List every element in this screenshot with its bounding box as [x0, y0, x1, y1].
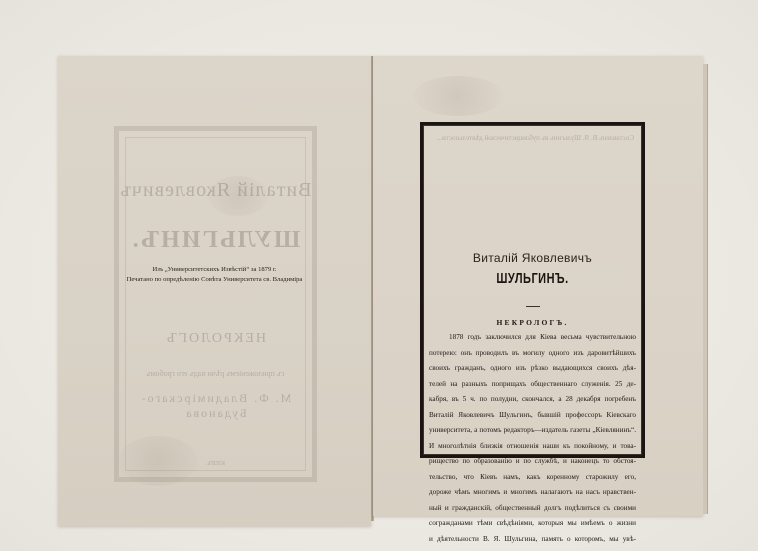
body-line: дороже чѣмъ многимъ и многимъ налагаютъ … [429, 485, 636, 501]
paper-stain [413, 76, 503, 116]
body-line: потерею: онъ проводилъ въ могилу одного … [429, 346, 636, 362]
obituary-name: Виталій Яковлевичъ [423, 251, 642, 265]
obituary-body: 1878 годъ заключился для Кіева весьма чу… [429, 330, 636, 547]
obituary-heading: НЕКРОЛОГЪ. [423, 318, 642, 327]
body-line: тельство, что Кіевъ намъ, какъ коренному… [429, 470, 636, 486]
body-line: и дѣятельности В. Я. Шульгина, память о … [429, 532, 636, 548]
body-line: ный и гражданскій, общественный долгъ по… [429, 501, 636, 517]
show-through-city: КІЕВЪ. [119, 461, 312, 467]
imprint-permission-line: Печатано по опредѣленію Совѣта Университ… [58, 275, 371, 284]
body-line: телей на разныхъ поприщахъ общественнаго… [429, 377, 636, 393]
title-rule [526, 306, 540, 307]
body-line: 1878 годъ заключился для Кіева весьма чу… [429, 330, 636, 346]
left-page: Виталій Яковлевичъ ШУЛЬГИНЪ. НЕКРОЛОГЪ с… [58, 56, 371, 526]
imprint-source-line: Изъ „Университетскихъ Извѣстій“ за 1879 … [58, 265, 371, 274]
show-through-subtitle: съ приложеніемъ рѣчи надъ его гробомъ [119, 369, 312, 378]
body-line: кабря, въ 5 ч. по полудни, скончался, а … [429, 392, 636, 408]
body-line: согражданами тѣми свѣдѣніями, которыя мы… [429, 516, 636, 532]
booklet-spread: Виталій Яковлевичъ ШУЛЬГИНЪ. НЕКРОЛОГЪ с… [58, 56, 703, 526]
right-page: Составленъ В. Я. Шульгинъ въ публицистич… [373, 56, 703, 516]
show-through-heading: НЕКРОЛОГЪ [119, 331, 312, 347]
show-through-author: М. Ф. Владимірскаго-Буданова [119, 391, 312, 421]
obituary-surname: ШУЛЬГИНЪ. [423, 271, 642, 287]
body-line: Виталій Яковлевичъ Шульгинъ, бывшій проф… [429, 408, 636, 424]
show-through-name: Виталій Яковлевичъ [119, 179, 312, 202]
show-through-text: Составленъ В. Я. Шульгинъ въ публицистич… [429, 133, 634, 233]
body-line: рищество по образованію и по службѣ, и н… [429, 454, 636, 470]
body-line: университета, а потомъ редакторъ—издател… [429, 423, 636, 439]
show-through-frame: Виталій Яковлевичъ ШУЛЬГИНЪ. НЕКРОЛОГЪ с… [114, 126, 317, 482]
show-through-surname: ШУЛЬГИНЪ. [119, 227, 312, 254]
body-line: своихъ гражданъ, одного изъ рѣзко выдающ… [429, 361, 636, 377]
page-edges [703, 64, 708, 514]
obituary-frame: Составленъ В. Я. Шульгинъ въ публицистич… [420, 122, 645, 458]
body-line: И многолѣтнія близкія отношенія наши къ … [429, 439, 636, 455]
